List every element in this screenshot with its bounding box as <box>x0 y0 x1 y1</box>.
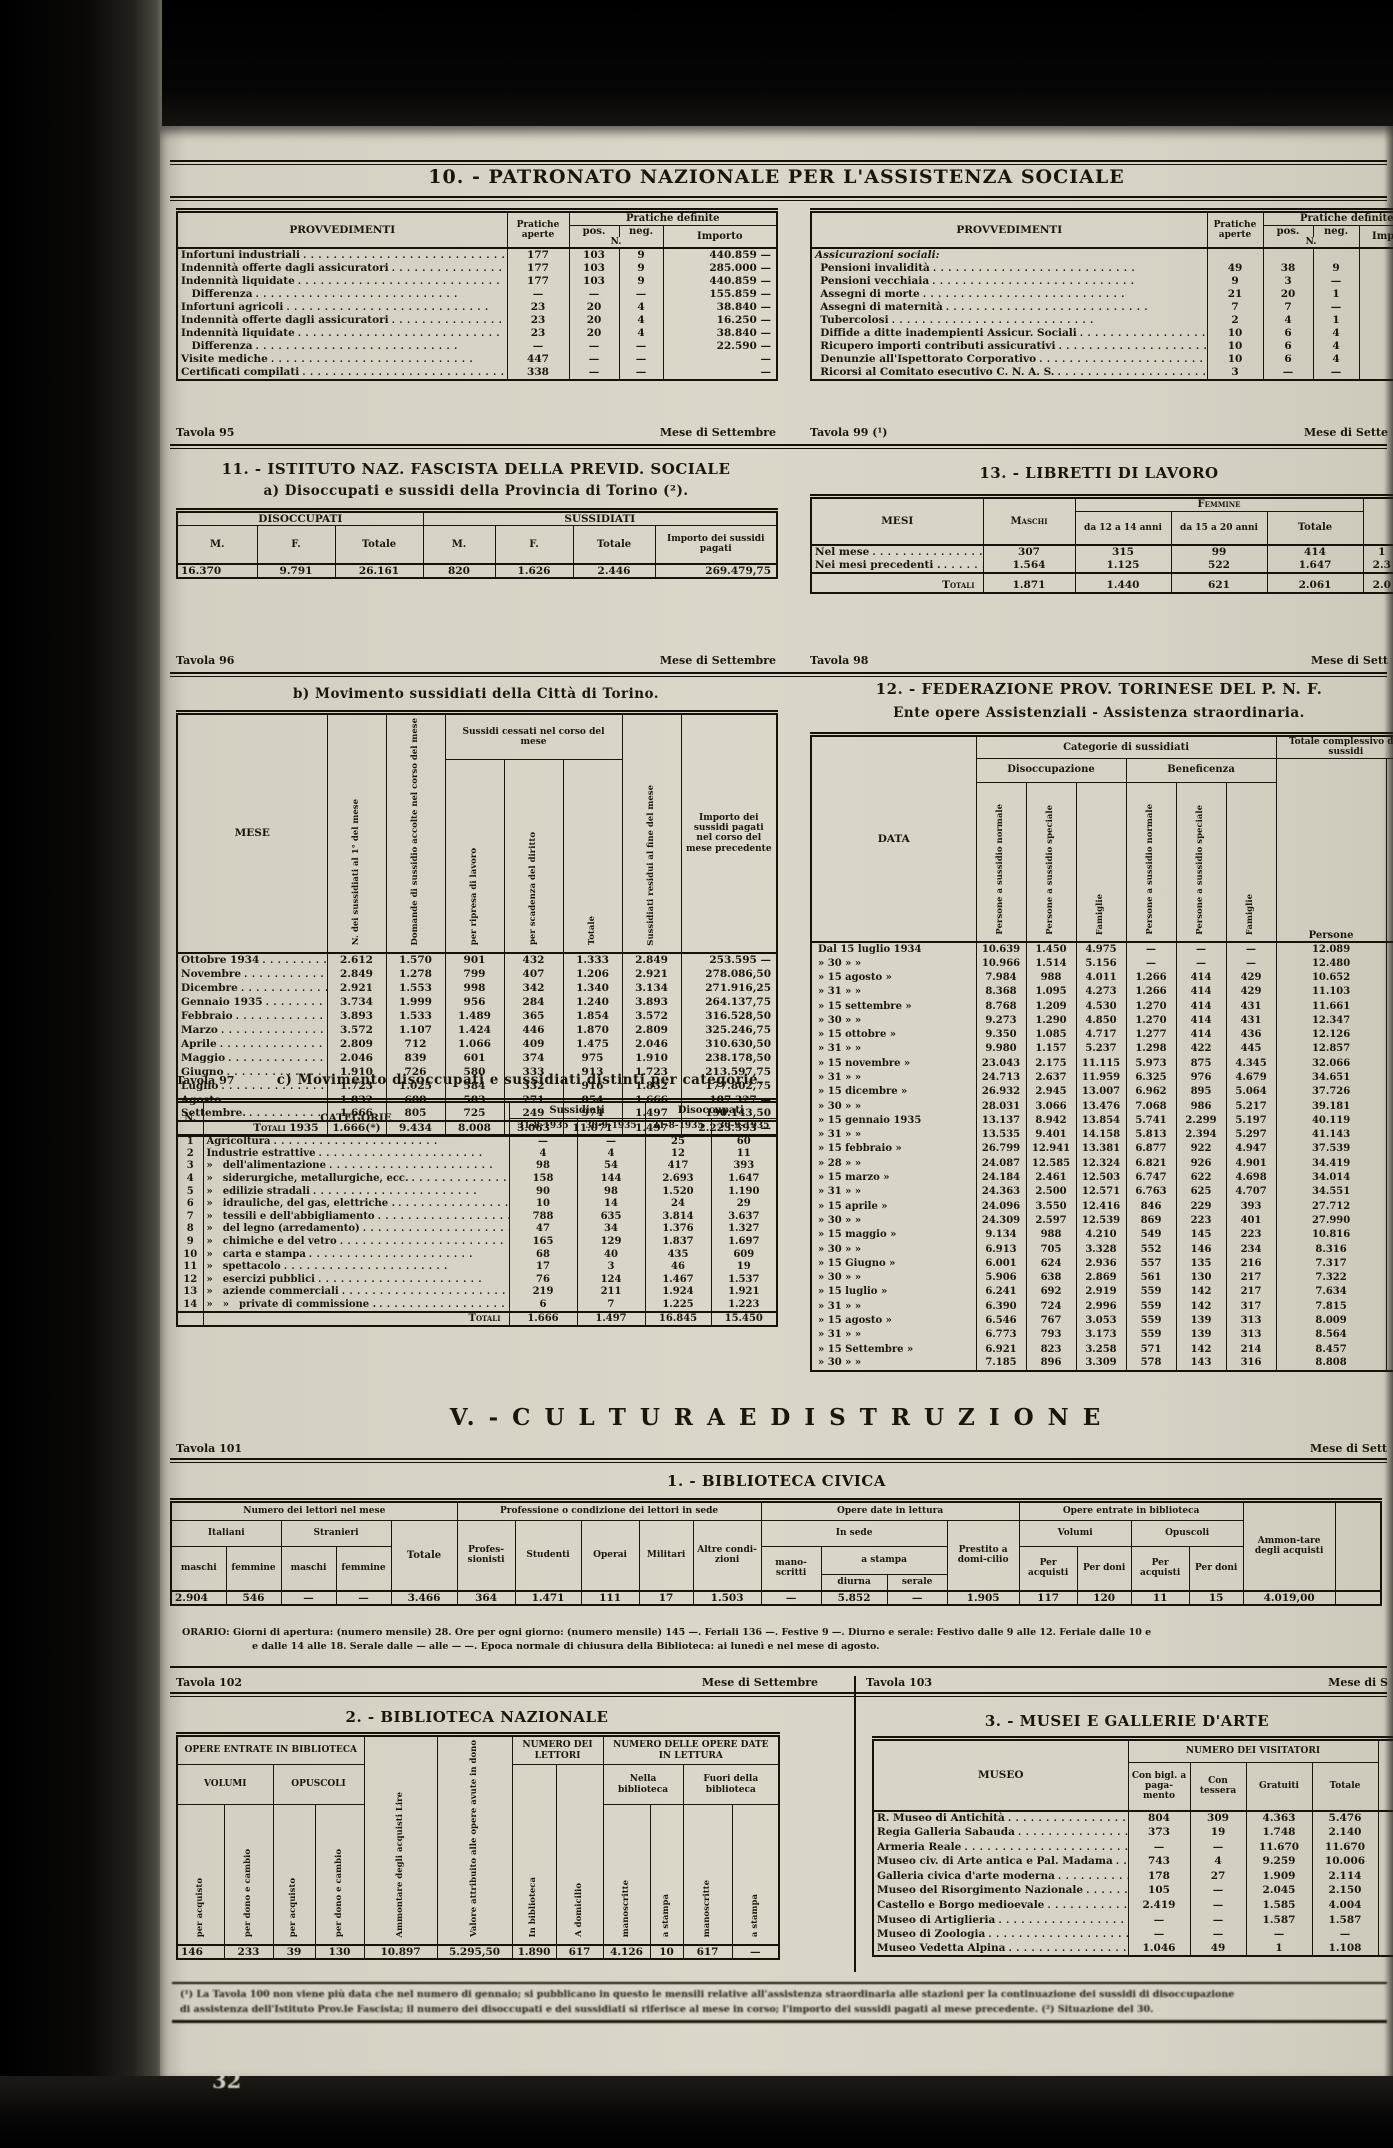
table-cell: 724 <box>1026 1300 1076 1314</box>
table-cell: » 30 » » <box>811 1014 976 1028</box>
table-cell: 20 <box>569 314 619 327</box>
table-cell: 13.007 <box>1076 1085 1126 1099</box>
table-cell: Infortuni industriali <box>177 248 507 262</box>
col-per-acquisto: per acquisto <box>177 1805 224 1945</box>
table-row: Denunzie all'Ispettorato Corporativo1064… <box>811 353 1393 366</box>
table-cell: 1.277 <box>1126 1028 1176 1042</box>
table-cell: 12.347 <box>1276 1014 1386 1028</box>
table-cell: 12.126 <box>1276 1028 1386 1042</box>
table-cell: Museo Vedetta Alpina <box>873 1942 1128 1957</box>
table-cell: 234 <box>1226 1242 1276 1256</box>
table-cell: 2.612 <box>327 953 386 967</box>
table-cell: » esercizi pubblici <box>203 1273 509 1286</box>
table-cell <box>1378 1898 1393 1913</box>
table-cell: 316 <box>1226 1357 1276 1371</box>
table-cell: 178 <box>1128 1869 1190 1884</box>
table-cell: 4 <box>619 301 663 314</box>
table-cell: 6.241 <box>976 1285 1026 1299</box>
table-cell: 5.217 <box>1226 1099 1276 1113</box>
table-cell: Pensioni invalidità <box>811 262 1207 275</box>
table-row: 7» tessili e dell'abbigliamento7886353.8… <box>177 1210 777 1223</box>
table-cell: » chimiche e del vetro <box>203 1236 509 1249</box>
table-cell <box>1359 248 1393 262</box>
table-libretti-lavoro: MESI Maschi Femmine da 12 a 14 anni da 1… <box>810 494 1393 594</box>
col-categorie: CATEGORIE <box>203 1101 509 1135</box>
table-row: » 15 ottobre »9.3501.0854.7171.277414436… <box>811 1028 1393 1042</box>
table-cell: 1.520 <box>645 1185 711 1198</box>
col-per-dono-cambio: per dono e cambio <box>315 1805 364 1945</box>
table-cell: 27 <box>1190 1869 1246 1884</box>
table-cell: 271.916,25 <box>681 981 777 995</box>
text-span: MESI Maschi Femmine da 12 a 14 anni da 1… <box>811 497 1393 546</box>
table-cell: Museo del Risorgimento Nazionale <box>873 1883 1128 1898</box>
table-cell: » 30 » » <box>811 1214 976 1228</box>
group-professione: Professione o condizione dei lettori in … <box>457 1501 761 1521</box>
table-cell: 4.707 <box>1226 1185 1276 1199</box>
col-30-9-1935: 30-9-1935 <box>711 1119 777 1135</box>
col-totale: Totale <box>391 1521 457 1591</box>
table-cell: 4 <box>1263 314 1313 327</box>
table-cell: » aziende commerciali <box>203 1286 509 1299</box>
table-cell: Aprile <box>177 1037 327 1051</box>
table-row: Museo di Artiglieria——1.5871.587 <box>873 1913 1393 1928</box>
table-cell: 988 <box>1026 971 1076 985</box>
table-cell: 926 <box>1176 1157 1226 1171</box>
col-stampate: a stampa <box>650 1805 683 1945</box>
col-pos: pos. <box>569 225 619 237</box>
section2-title: 2. - BIBLIOTECA NAZIONALE <box>176 1708 778 1726</box>
text-span: per scadenza del diritto <box>529 832 538 945</box>
table-cell: 2.693 <box>645 1173 711 1186</box>
table-cell: 5.741 <box>1126 1114 1176 1128</box>
table-cell: 4.011 <box>1076 971 1126 985</box>
table-cell <box>1378 1942 1393 1957</box>
table-cell: 54 <box>577 1160 645 1173</box>
table-cell: 2.919 <box>1076 1285 1126 1299</box>
table-cell: 956 <box>445 995 504 1009</box>
table-cell: 9 <box>1313 262 1359 275</box>
table-cell: 146 <box>177 1945 224 1960</box>
table-cell: 1.266 <box>1126 971 1176 985</box>
table-cell: 975 <box>563 1051 622 1065</box>
table-cell: 5.156 <box>1076 956 1126 970</box>
group-lettori: Numero dei lettori nel mese <box>171 1501 457 1521</box>
table-cell: 6 <box>1263 340 1313 353</box>
table-cell: 14 <box>177 1299 203 1312</box>
table-cell: 16.845 <box>645 1312 711 1326</box>
table-row: 8» del legno (arredamento)47341.3761.327 <box>177 1223 777 1236</box>
table-patronato-infortuni: PROVVEDIMENTI Pratiche aperte Pratiche d… <box>176 208 778 381</box>
table-cell: 20 <box>569 301 619 314</box>
col-in-sede: In sede <box>761 1521 947 1547</box>
table-cell: 1.697 <box>711 1236 777 1249</box>
table-cell: 6 <box>1263 353 1313 366</box>
table-row: Tubercolosi241— <box>811 314 1393 327</box>
table-cell: 1.290 <box>1026 1014 1076 1028</box>
table-cell: 24.087 <box>976 1157 1026 1171</box>
divider <box>170 672 1387 677</box>
text-span: PROVVEDIMENTI Pratiche aperte Pratiche d… <box>811 211 1393 226</box>
sectionb-title: b) Movimento sussidiati della Città di T… <box>176 686 776 702</box>
table-cell: 9.401 <box>1026 1128 1076 1142</box>
text-span: PROVVEDIMENTI Pratiche aperte Pratiche d… <box>177 211 777 249</box>
table-cell: 1 <box>1363 545 1393 559</box>
divider <box>170 196 1387 201</box>
table-cell: 638 <box>1026 1271 1076 1285</box>
table-cell: 307 <box>983 545 1075 559</box>
table-row: » 15 agosto »6.5467673.0535591393138.009 <box>811 1314 1393 1328</box>
col-30-9-1935: 30-9-1935 <box>577 1119 645 1135</box>
table-cell: 2.461 <box>1026 1171 1076 1185</box>
table-cell: 1.270 <box>1126 999 1176 1013</box>
table-cell: 624 <box>1026 1257 1076 1271</box>
table-row: Assicurazioni sociali: <box>811 248 1393 262</box>
table-row: » 15 settembre »8.7681.2094.5301.2704144… <box>811 999 1393 1013</box>
orario-line2: e dalle 14 alle 18. Serale dalle — alle … <box>182 1640 1382 1654</box>
table-cell: 12.941 <box>1026 1142 1076 1156</box>
text-span: Totali1.6661.49716.84515.450 <box>177 1312 777 1326</box>
table-cell: 9 <box>619 275 663 288</box>
table-cell: 4.850 <box>1076 1014 1126 1028</box>
table-cell: 1.471 <box>515 1591 581 1606</box>
table-cell: Indennità liquidate <box>177 275 507 288</box>
table-cell: — <box>1190 1898 1246 1913</box>
text-span: Sussidiati residui al fine del mese <box>647 785 656 946</box>
table-cell: 1.467 <box>645 1273 711 1286</box>
table-cell: 15.450 <box>711 1312 777 1326</box>
table-cell: 15 <box>1189 1591 1243 1606</box>
table-cell: 13.535 <box>976 1128 1026 1142</box>
table-cell: 76 <box>509 1273 577 1286</box>
table-cell: 1.585 <box>1246 1898 1312 1913</box>
table-cell: 142 <box>1176 1285 1226 1299</box>
table-cell: 21 <box>1207 288 1263 301</box>
table-cell: Castello e Borgo medioevale <box>873 1898 1128 1913</box>
table-cell: — <box>1226 942 1276 956</box>
table-cell: 155.859 — <box>663 288 777 301</box>
table-cell: — <box>1176 956 1226 970</box>
table-cell: Certificati compilati <box>177 366 507 380</box>
table-cell: 4.210 <box>1076 1228 1126 1242</box>
table-cell: 422 <box>1176 1042 1226 1056</box>
col-fuori-biblioteca: Fuori della biblioteca <box>683 1765 779 1805</box>
table-cell: 338 <box>507 366 569 380</box>
table-cell: 9 <box>619 248 663 262</box>
col-diurna: diurna <box>821 1575 887 1591</box>
section12-title: 12. - FEDERAZIONE PROV. TORINESE DEL P. … <box>810 680 1388 698</box>
table-cell: 522 <box>1171 559 1267 573</box>
table-cell: 552 <box>1126 1242 1176 1256</box>
text-span: In biblioteca <box>529 1877 538 1937</box>
table-cell: 365 <box>504 1009 563 1023</box>
col-per-acquisti: Per acquisti <box>1019 1547 1077 1591</box>
table-cell: 2.921 <box>327 981 386 995</box>
table-row: » 15 luglio »6.2416922.9195591422177.634 <box>811 1285 1393 1299</box>
col-pos: pos. <box>1263 225 1313 237</box>
table-cell: » 31 » » <box>811 1300 976 1314</box>
table-cell: 13 <box>177 1286 203 1299</box>
table-row: » 31 » »9.9801.1575.2371.29842244512.857 <box>811 1042 1393 1056</box>
col-famiglie: Famiglie <box>1076 782 1126 942</box>
table-cell: Differenza <box>177 340 507 353</box>
mese-settembre: Mese di Settembre <box>660 654 776 667</box>
table-cell: 264.137,75 <box>681 995 777 1009</box>
table-cell: 38.840 — <box>663 301 777 314</box>
tavola-96: Tavola 96 <box>176 654 234 667</box>
table-cell: 34.651 <box>1276 1071 1386 1085</box>
table-cell: — <box>1190 1840 1246 1855</box>
col-persone-sussidio-speciale: Persone a sussidio speciale <box>1026 782 1076 942</box>
table-row: Gennaio 19353.7341.9999562841.2403.89326… <box>177 995 777 1009</box>
tavola-101: Tavola 101 <box>176 1442 242 1455</box>
text-span: Persone a sussidio normale <box>996 804 1005 935</box>
table-cell: 16.370 <box>177 564 257 579</box>
text-span: Numero dei lettori nel mese Professione … <box>171 1501 1381 1521</box>
col-provvedimenti: PROVVEDIMENTI <box>811 211 1207 249</box>
table-cell: 4.004 <box>1312 1898 1378 1913</box>
table-cell: Dal 15 luglio 1934 <box>811 942 976 956</box>
table-cell: » spettacolo <box>203 1261 509 1274</box>
table-cell: 13.476 <box>1076 1099 1126 1113</box>
col-a-stampa: a stampa <box>821 1547 947 1575</box>
table-cell: 793 <box>1026 1328 1076 1342</box>
table-cell: 1.340 <box>563 981 622 995</box>
col-n-sussidiati: N. dei sussidiati al 1° del mese <box>327 713 386 953</box>
table-cell: 1.327 <box>711 1223 777 1236</box>
table-cell: 5.476 <box>1312 1811 1378 1826</box>
col-stranieri: Stranieri <box>281 1521 391 1547</box>
table-cell: 1.066 <box>445 1037 504 1051</box>
tavola-99: Tavola 99 (¹) <box>810 426 888 439</box>
table-cell: 4.273 <box>1076 985 1126 999</box>
table-cell: 4.363 <box>1246 1811 1312 1826</box>
table-row: » 30 » »5.9066382.8695611302177.322 <box>811 1271 1393 1285</box>
col-totale: Totale <box>1312 1763 1378 1811</box>
table-cell: 9.980 <box>976 1042 1026 1056</box>
table-cell: 3.066 <box>1026 1099 1076 1113</box>
table-cell: » 15 Giugno » <box>811 1257 976 1271</box>
table-cell: Infortuni agricoli <box>177 301 507 314</box>
table-cell: 1.497 <box>577 1312 645 1326</box>
divider <box>170 1692 1387 1697</box>
table-cell: 988 <box>1026 1228 1076 1242</box>
table-cell: » 15 Settembre » <box>811 1343 976 1357</box>
col-per-doni: Per doni <box>1077 1547 1131 1591</box>
table-cell: 216 <box>1226 1257 1276 1271</box>
table-cell: — <box>619 340 663 353</box>
table-cell: Nei mesi precedenti . <box>811 559 983 573</box>
table-cell: 49 <box>1207 262 1263 275</box>
group-beneficenza: Beneficenza <box>1126 758 1276 782</box>
table-cell: 7 <box>1207 301 1263 314</box>
table-cell: 99 <box>1171 545 1267 559</box>
table-cell: 9.273 <box>976 1014 1026 1028</box>
table-row: » 31 » »13.5359.40114.1585.8132.3945.297… <box>811 1128 1393 1142</box>
table-cell: 823 <box>1026 1343 1076 1357</box>
table-disoccupati-categorie: N. CATEGORIE Sussidiati Disoccupati 31-8… <box>176 1098 778 1327</box>
table-cell: 12 <box>177 1273 203 1286</box>
group-categorie: Categorie di sussidiati <box>976 735 1276 759</box>
table-cell: Pensioni vecchiaia <box>811 275 1207 288</box>
text-span: Valore attribuito alle opere avute in do… <box>470 1740 479 1937</box>
text-span: MESE N. dei sussidiati al 1° del mese Do… <box>177 713 777 953</box>
col-valore-dono: Valore attribuito alle opere avute in do… <box>437 1735 512 1945</box>
col-per-dono-cambio: per dono e cambio <box>224 1805 273 1945</box>
text-span: MESI Maschi Femmine <box>811 497 1393 512</box>
table-row: Infortuni agricoli2320438.840 — <box>177 301 777 314</box>
col-studenti: Studenti <box>515 1521 581 1591</box>
table-cell: Denunzie all'Ispettorato Corporativo <box>811 353 1207 366</box>
table-cell: 435 <box>645 1248 711 1261</box>
col-f: F. <box>495 526 573 564</box>
col-per-acquisti: Per acquisti <box>1131 1547 1189 1591</box>
table-row: 2.904546——3.4663641.471111171.503—5.852—… <box>171 1591 1381 1606</box>
table-cell: 7 <box>577 1299 645 1312</box>
table-cell: 6.877 <box>1126 1142 1176 1156</box>
table-cell: 1.095 <box>1026 985 1076 999</box>
table-cell: 767 <box>1026 1314 1076 1328</box>
table-cell: 4.530 <box>1076 999 1126 1013</box>
table-biblioteca-civica: Numero dei lettori nel mese Professione … <box>170 1498 1382 1606</box>
table-cell: 98 <box>509 1160 577 1173</box>
table-cell: 2.3 <box>1363 559 1393 573</box>
table-cell <box>1378 1811 1393 1826</box>
col-per-doni: Per doni <box>1189 1547 1243 1591</box>
table-cell: 144 <box>577 1173 645 1186</box>
table-cell: 2.597 <box>1026 1214 1076 1228</box>
table-cell: » 15 dicembre » <box>811 1085 976 1099</box>
table-cell: — <box>336 1591 391 1606</box>
col-totale: Totale <box>563 759 622 953</box>
table-musei-gallerie: MUSEO NUMERO DEI VISITATORI Con bigl. a … <box>872 1736 1393 1957</box>
table-cell: 238.178,50 <box>681 1051 777 1065</box>
text-span: DATA Categorie di sussidiati Totale comp… <box>811 735 1393 759</box>
table-cell: 5.237 <box>1076 1042 1126 1056</box>
table-cell: 46 <box>645 1261 711 1274</box>
group-opere-date: Opere date in lettura <box>761 1501 1019 1521</box>
table-cell: 7.815 <box>1276 1300 1386 1314</box>
table-cell: 10 <box>1207 327 1263 340</box>
table-row: » 31 » »8.3681.0954.2731.26641442911.103 <box>811 985 1393 999</box>
table-cell: 804 <box>1128 1811 1190 1826</box>
col-pratiche-definite: Pratiche definite <box>1263 211 1393 226</box>
table-cell: » 15 gennaio 1935 <box>811 1114 976 1128</box>
table-cell: 10.652 <box>1276 971 1386 985</box>
text-span: 1Agricoltura——25602Industrie estrattive4… <box>177 1135 777 1312</box>
table-cell: Museo di Artiglieria <box>873 1913 1128 1928</box>
table-cell: 9 <box>177 1236 203 1249</box>
table-cell: 12.539 <box>1076 1214 1126 1228</box>
page-number: 32 <box>212 2068 241 2093</box>
table-cell: 2 <box>1207 314 1263 327</box>
table-cell: 5.852 <box>821 1591 887 1606</box>
table-cell: 1.225 <box>645 1299 711 1312</box>
table-cell: 10 <box>177 1248 203 1261</box>
table-patronato-assicurazioni: PROVVEDIMENTI Pratiche aperte Pratiche d… <box>810 208 1393 381</box>
text-span: maschi femmine maschi femmine mano-scrit… <box>171 1547 1381 1575</box>
table-cell: 1.854 <box>563 1009 622 1023</box>
table-cell: 10 <box>1207 353 1263 366</box>
table-row: Differenza———22.590 — <box>177 340 777 353</box>
table-cell: 7 <box>177 1210 203 1223</box>
table-cell: 223 <box>1176 1214 1226 1228</box>
table-cell: 23 <box>507 314 569 327</box>
table-cell: 7.984 <box>976 971 1026 985</box>
table-cell: 1.910 <box>622 1051 681 1065</box>
table-cell: — <box>1126 956 1176 970</box>
table-cell: 986 <box>1176 1099 1226 1113</box>
table-row: » 15 gennaio 193513.1378.94213.8545.7412… <box>811 1114 1393 1128</box>
table-cell: 2.446 <box>573 564 655 579</box>
table-cell: 229 <box>1176 1200 1226 1214</box>
table-row: » 15 dicembre »26.9322.94513.0076.962895… <box>811 1085 1393 1099</box>
table-cell: — <box>1176 942 1226 956</box>
table-row: Museo del Risorgimento Nazionale105—2.04… <box>873 1883 1393 1898</box>
table-cell: 40.119 <box>1276 1114 1386 1128</box>
table-cell: 142 <box>1176 1300 1226 1314</box>
table-cell: 233 <box>224 1945 273 1960</box>
table-cell: 11 <box>711 1148 777 1161</box>
table-cell: 22.590 — <box>663 340 777 353</box>
table-cell <box>1378 1854 1393 1869</box>
table-row: Totali1.8711.4406212.0612.0 <box>811 573 1393 593</box>
table-cell: 895 <box>1176 1085 1226 1099</box>
col-ammontare-acquisti: Ammontare degli acquisti Lire <box>364 1735 437 1945</box>
table-cell: 29 <box>711 1198 777 1211</box>
table-cell: 17 <box>509 1261 577 1274</box>
text-span: Ammontare degli acquisti Lire <box>396 1792 405 1937</box>
table-cell: 1.870 <box>563 1023 622 1037</box>
table-cell: 3.814 <box>645 1210 711 1223</box>
table-cell: 24.184 <box>976 1171 1026 1185</box>
col-altre-condizioni: Altre condi-zioni <box>693 1521 761 1591</box>
table-cell: — <box>1313 366 1359 380</box>
table-row: Castello e Borgo medioevale2.419—1.5854.… <box>873 1898 1393 1913</box>
table-cell: 2.046 <box>327 1051 386 1065</box>
mese-settembre: Mese di Settembre <box>660 426 776 439</box>
table-cell: 4 <box>577 1148 645 1161</box>
table-cell: 1.570 <box>386 953 445 967</box>
table-cell: — <box>1126 942 1176 956</box>
table-cell: » 28 » » <box>811 1157 976 1171</box>
table-row: Nel mese307315994141 <box>811 545 1393 559</box>
sectionc-title: c) Movimento disoccupati e sussidiati di… <box>260 1072 780 1088</box>
col-manoscritte: manoscritte <box>683 1805 732 1945</box>
table-cell: 440.859 — <box>663 248 777 262</box>
text-span: Totali1.8711.4406212.0612.0 <box>811 573 1393 593</box>
col-cut <box>1363 497 1393 546</box>
group-sussidiati: Sussidiati <box>509 1101 645 1119</box>
table-cell: 124 <box>577 1273 645 1286</box>
table-cell: 414 <box>1267 545 1363 559</box>
table-cell: 6.546 <box>976 1314 1026 1328</box>
table-cell: 4 <box>1190 1854 1246 1869</box>
table-cell: 1.266 <box>1126 985 1176 999</box>
col-totale: Totale <box>335 526 423 564</box>
text-span: 2.904546——3.4663641.471111171.503—5.852—… <box>171 1591 1381 1606</box>
table-cell: 10.639 <box>976 942 1026 956</box>
table-cell: 98 <box>577 1185 645 1198</box>
table-cell: — <box>761 1591 821 1606</box>
table-cell: 38.840 — <box>663 327 777 340</box>
table-cell: 559 <box>1126 1314 1176 1328</box>
table-cell: 1.108 <box>1312 1942 1378 1957</box>
table-cell: 223 <box>1226 1228 1276 1242</box>
table-row: » 15 novembre »23.0432.17511.1155.973875… <box>811 1057 1393 1071</box>
table-cell: 1.924 <box>645 1286 711 1299</box>
table-cell: 219 <box>509 1286 577 1299</box>
table-cell: 19 <box>1190 1825 1246 1840</box>
